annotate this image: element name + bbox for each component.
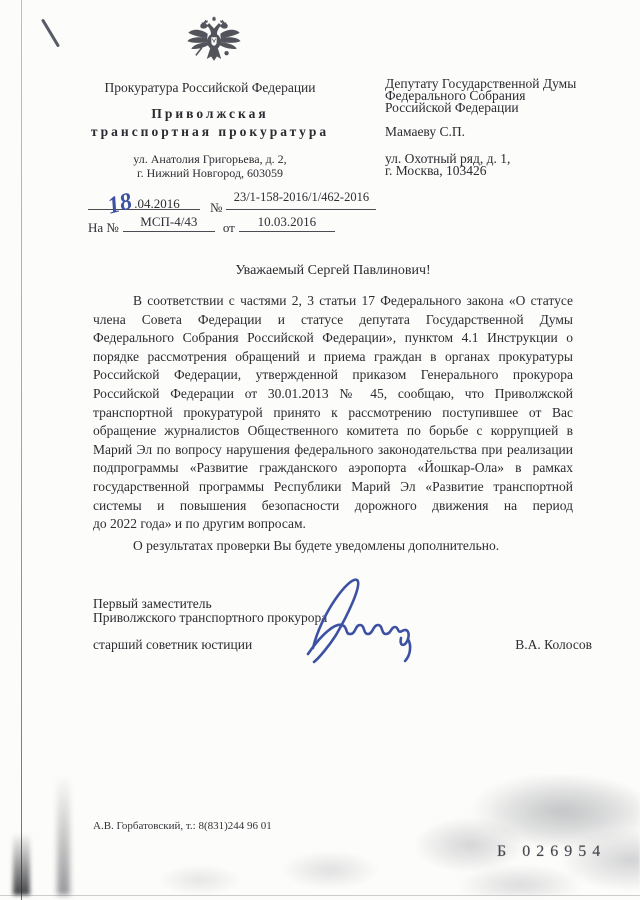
recipient-name: Мамаеву С.П. bbox=[385, 126, 625, 139]
body-line: порядке рассмотрения обращений и приема … bbox=[93, 348, 573, 367]
executor-contact: А.В. Горбатовский, т.: 8(831)244 96 01 bbox=[93, 820, 272, 832]
body-line: государственной программы Республики Мар… bbox=[93, 478, 573, 497]
outgoing-date-rest: .04.2016 bbox=[134, 196, 180, 211]
body-line: транспортной прокуратурой принято к расс… bbox=[93, 404, 573, 423]
body-line: Российской Федерации, утвержденной прика… bbox=[93, 366, 573, 385]
org-name-top: Прокуратура Российской Федерации bbox=[60, 80, 360, 96]
signer-name: В.А. Колосов bbox=[462, 637, 592, 653]
outgoing-date-field: 18.04.2016 bbox=[88, 188, 200, 210]
salutation: Уважаемый Сергей Павлинович! bbox=[93, 263, 573, 279]
signature-icon bbox=[293, 568, 449, 672]
body-line: системы и повышения безопасности дорожно… bbox=[93, 497, 573, 516]
body-line: обращение журналистов Общественного коми… bbox=[93, 422, 573, 441]
recipient-address-line2: г. Москва, 103426 bbox=[385, 165, 625, 178]
org-address-line2: г. Нижний Новгород, 603059 bbox=[60, 166, 360, 181]
ref-row-outgoing: 18.04.2016№23/1-158-2016/1/462-2016 bbox=[88, 188, 388, 210]
pen-mark-icon bbox=[41, 19, 60, 48]
scan-smudge-left-corner bbox=[13, 833, 30, 895]
on-number-label: На № bbox=[88, 220, 119, 235]
number-sign-label: № bbox=[210, 200, 222, 215]
scan-bottom-edge bbox=[0, 895, 640, 896]
body-line: члена Совета Федерации и статусе депутат… bbox=[93, 311, 573, 330]
body-line: Федерального Собрания Российской Федерац… bbox=[93, 329, 573, 348]
signer-rank: старший советник юстиции bbox=[93, 637, 252, 653]
incoming-date-field: 10.03.2016 bbox=[239, 214, 335, 232]
ref-row-incoming: На №МСП-4/43от10.03.2016 bbox=[88, 214, 388, 234]
body-line: Марий Эл по вопросу нарушения федерально… bbox=[93, 441, 573, 460]
recipient-line3: Российской Федерации bbox=[385, 102, 625, 115]
scan-page-edge-line bbox=[21, 0, 22, 900]
org-name-bold-line2: транспортная прокуратура bbox=[60, 124, 360, 140]
body-line: подпрограммы «Развитие гражданского аэро… bbox=[93, 459, 573, 478]
org-address-line1: ул. Анатолия Григорьева, д. 2, bbox=[60, 152, 360, 167]
form-number-stamp: Б 026954 bbox=[497, 843, 606, 861]
outgoing-number-field: 23/1-158-2016/1/462-2016 bbox=[226, 190, 376, 210]
org-name-bold-line1: Приволжская bbox=[60, 106, 360, 122]
body-line: Российской Федерации от 30.01.2013 № 45,… bbox=[93, 385, 573, 404]
body-paragraph: В соответствии с частями 2, 3 статьи 17 … bbox=[93, 292, 573, 534]
body-paragraph2: О результатах проверки Вы будете уведомл… bbox=[93, 537, 573, 556]
scanned-letter-page: { "header": { "left": { "org_top": "Прок… bbox=[0, 0, 640, 900]
scan-smudge-left bbox=[57, 775, 70, 895]
coat-of-arms-icon bbox=[185, 13, 243, 73]
from-label: от bbox=[223, 220, 235, 235]
incoming-number-field: МСП-4/43 bbox=[123, 214, 215, 232]
body-line: до 2022 года» и по другим вопросам. bbox=[93, 515, 573, 534]
body-line: В соответствии с частями 2, 3 статьи 17 … bbox=[93, 292, 573, 311]
